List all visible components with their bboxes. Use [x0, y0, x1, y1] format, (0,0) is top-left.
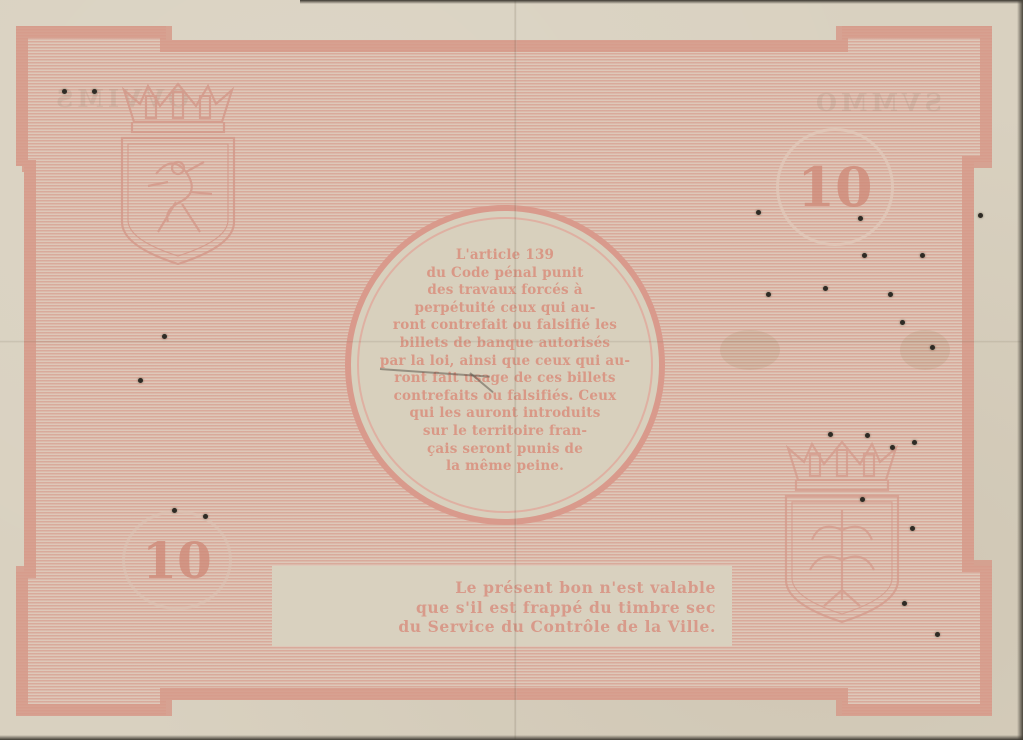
- pin-hole: [203, 514, 208, 519]
- pin-hole: [902, 601, 907, 606]
- denomination-medallion: 10: [122, 510, 232, 610]
- scan-edge: [300, 0, 1023, 4]
- pin-hole: [766, 292, 771, 297]
- warning-line: ront contrefait ou falsifié les: [351, 317, 659, 335]
- banknote: OVVIMS SVMMO: [0, 0, 1023, 740]
- denomination-medallion: 10: [776, 128, 894, 246]
- pin-hole: [888, 292, 893, 297]
- pin-hole: [930, 345, 935, 350]
- pin-hole: [756, 210, 761, 215]
- pin-hole: [978, 213, 983, 218]
- pin-hole: [920, 253, 925, 258]
- pin-hole: [890, 445, 895, 450]
- stain: [900, 330, 950, 370]
- pin-hole: [162, 334, 167, 339]
- pin-hole: [823, 286, 828, 291]
- warning-line: ront fait usage de ces billets: [351, 370, 659, 388]
- legal-warning-text: L'article 139 du Code pénal punit des tr…: [351, 247, 659, 476]
- notice-line: Le présent bon n'est valable: [272, 578, 716, 598]
- coat-of-arms-icon: [780, 440, 904, 626]
- pin-hole: [860, 497, 865, 502]
- coat-of-arms-icon: [116, 82, 240, 268]
- warning-line: perpétuité ceux qui au-: [351, 300, 659, 318]
- scan-edge: [0, 735, 1023, 740]
- validity-notice-panel: Le présent bon n'est valable que s'il es…: [272, 566, 732, 646]
- validity-notice-text: Le présent bon n'est valable que s'il es…: [272, 578, 716, 637]
- ghost-text-right: SVMMO: [812, 88, 942, 117]
- warning-line: çais seront punis de: [351, 441, 659, 459]
- pin-hole: [858, 216, 863, 221]
- pin-hole: [138, 378, 143, 383]
- horizontal-fold: [0, 340, 1023, 343]
- denomination-value: 10: [142, 531, 212, 590]
- warning-line: des travaux forcés à: [351, 282, 659, 300]
- stain: [720, 330, 780, 370]
- pin-hole: [910, 526, 915, 531]
- pin-hole: [828, 432, 833, 437]
- vertical-fold: [514, 0, 517, 740]
- pin-hole: [92, 89, 97, 94]
- warning-line: qui les auront introduits: [351, 405, 659, 423]
- warning-line: la même peine.: [351, 458, 659, 476]
- pin-hole: [912, 440, 917, 445]
- scan-edge: [1017, 0, 1023, 740]
- warning-line: sur le territoire fran-: [351, 423, 659, 441]
- pin-hole: [172, 508, 177, 513]
- pin-hole: [862, 253, 867, 258]
- notice-line: que s'il est frappé du timbre sec: [272, 598, 716, 618]
- warning-line: billets de banque autorisés: [351, 335, 659, 353]
- pin-hole: [62, 89, 67, 94]
- warning-line: L'article 139: [351, 247, 659, 265]
- notice-line: du Service du Contrôle de la Ville.: [272, 617, 716, 637]
- warning-line: du Code pénal punit: [351, 265, 659, 283]
- legal-warning-seal: L'article 139 du Code pénal punit des tr…: [345, 205, 665, 525]
- pin-hole: [900, 320, 905, 325]
- pin-hole: [935, 632, 940, 637]
- warning-line: par la loi, ainsi que ceux qui au-: [351, 353, 659, 371]
- denomination-value: 10: [797, 155, 872, 219]
- warning-line: contrefaits ou falsifiés. Ceux: [351, 388, 659, 406]
- pin-hole: [865, 433, 870, 438]
